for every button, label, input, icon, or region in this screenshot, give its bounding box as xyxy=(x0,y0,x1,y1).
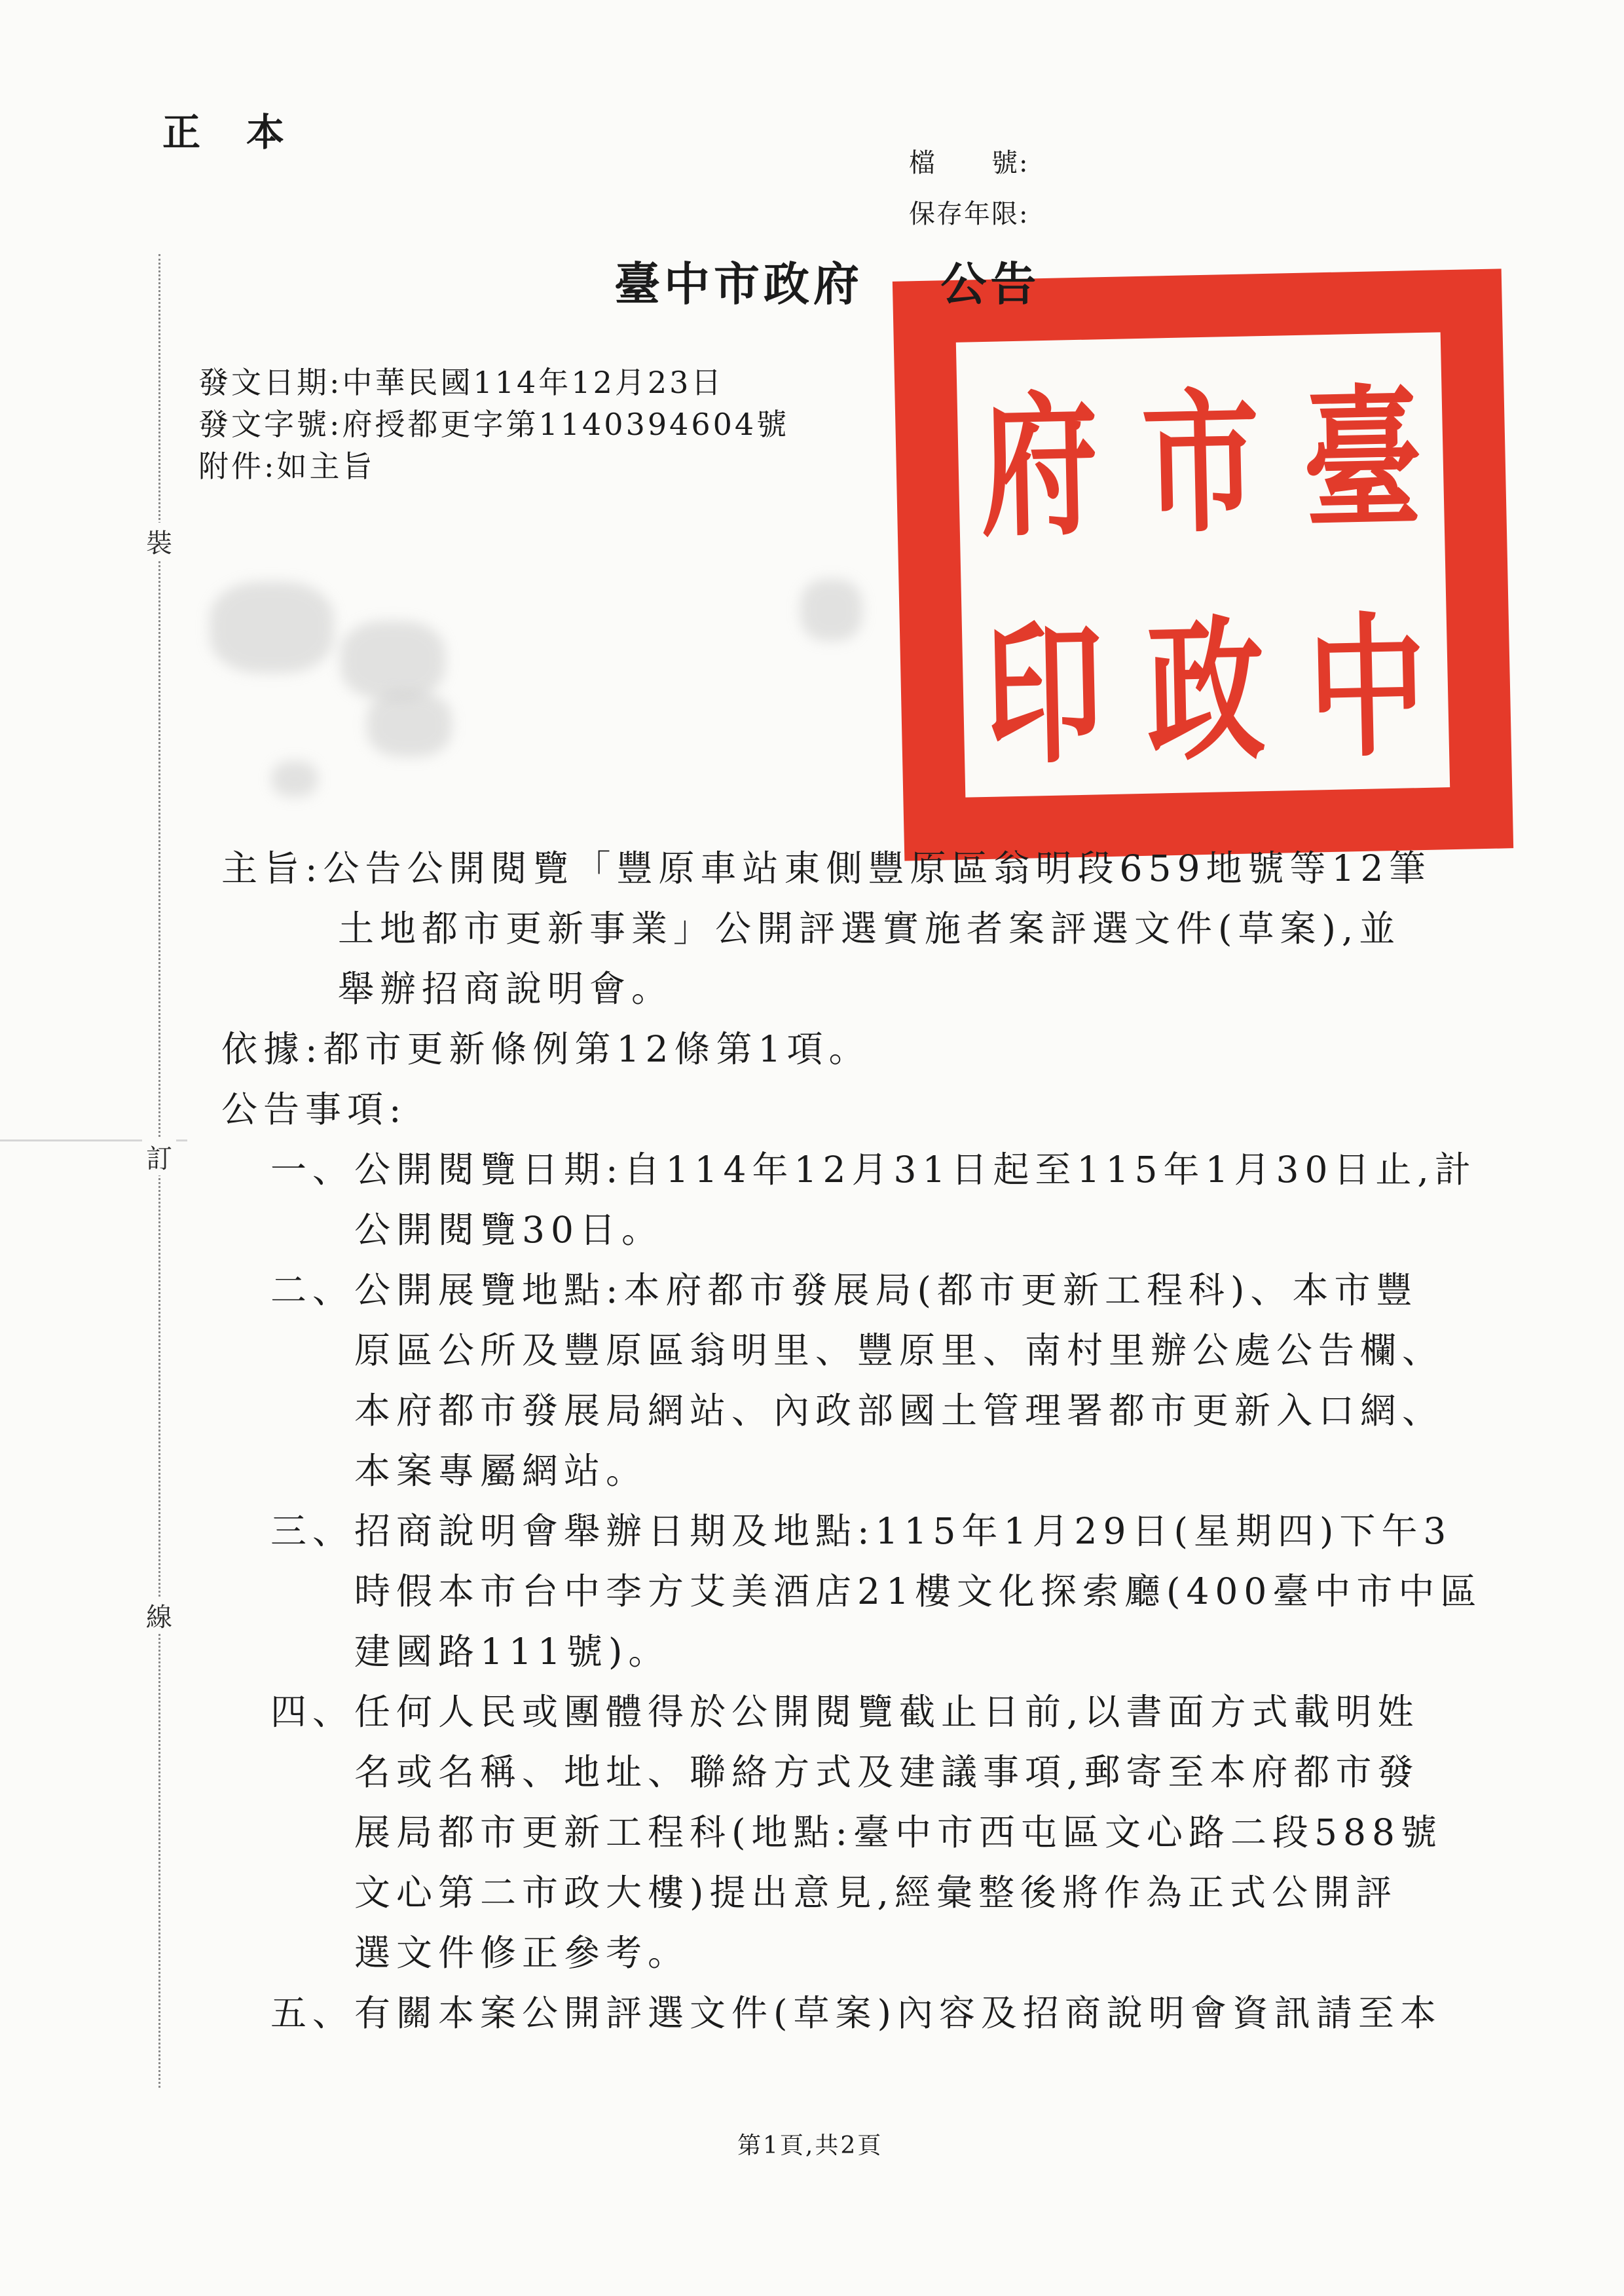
bleed-through-smudge xyxy=(341,621,445,699)
doc-type-label: 公告 xyxy=(940,257,1040,311)
issuing-meta-block: 發文日期:中華民國114年12月23日 發文字號:府授都更字第114039460… xyxy=(198,361,789,487)
bleed-through-smudge xyxy=(272,761,318,797)
issuing-org-name: 臺中市政府 xyxy=(614,257,863,311)
page-number: 第1頁,共2頁 xyxy=(737,2127,883,2160)
body-line-item-3: 三、招商說明會舉辦日期及地點:115年1月29日(星期四)下午3 xyxy=(221,1501,1466,1561)
body-line: 原區公所及豐原區翁明里、豐原里、南村里辦公處公告欄、 xyxy=(221,1320,1466,1380)
seal-inner-face: 臺 中 市 政 府 印 xyxy=(956,332,1450,797)
document-page: 裝 訂 線 正 本 檔 號: 保存年限: 臺中市政府 公告 發文日期:中華民國1… xyxy=(0,0,1624,2296)
body-line: 土地都市更新事業」公開評選實施者案評選文件(草案),並 xyxy=(221,898,1466,959)
official-seal-stamp: 臺 中 市 政 府 印 xyxy=(893,268,1513,861)
body-line: 文心第二市政大樓)提出意見,經彙整後將作為正式公開評 xyxy=(221,1862,1466,1923)
file-number-label: 檔 號: xyxy=(909,138,1029,189)
doc-number-line: 發文字號:府授都更字第1140394604號 xyxy=(198,403,789,445)
body-line-item-4: 四、任何人民或團體得於公開閱覽截止日前,以書面方式載明姓 xyxy=(221,1682,1466,1742)
seal-char: 中 xyxy=(1283,526,1450,825)
body-line: 選文件修正參考。 xyxy=(221,1923,1466,1983)
attachment-line: 附件:如主旨 xyxy=(198,445,789,487)
body-line: 本案專屬網站。 xyxy=(221,1441,1466,1501)
body-line: 展局都市更新工程科(地點:臺中市西屯區文心路二段588號 xyxy=(221,1802,1466,1862)
document-title: 臺中市政府 公告 xyxy=(614,248,1040,314)
body-line-basis: 依據:都市更新條例第12條第1項。 xyxy=(221,1019,1466,1079)
binding-mark-xian: 線 xyxy=(142,1597,176,1634)
body-line-item-2: 二、公開展覽地點:本府都市發展局(都市更新工程科)、本市豐 xyxy=(221,1260,1466,1320)
body-line-subject: 主旨:公告公開閱覽「豐原車站東側豐原區翁明段659地號等12筆 xyxy=(221,838,1466,898)
binding-mark-zhuang: 裝 xyxy=(142,523,176,560)
body-line-item-5: 五、有關本案公開評選文件(草案)內容及招商說明會資訊請至本 xyxy=(221,1983,1466,2043)
body-line-items-header: 公告事項: xyxy=(221,1079,1466,1139)
bleed-through-smudge xyxy=(210,582,334,673)
bleed-through-smudge xyxy=(367,692,452,757)
body-line: 名或名稱、地址、聯絡方式及建議事項,郵寄至本府都市發 xyxy=(221,1742,1466,1802)
body-line-item-1: 一、公開閱覽日期:自114年12月31日起至115年1月30日止,計 xyxy=(221,1139,1466,1200)
retention-period-label: 保存年限: xyxy=(909,189,1029,240)
body-line: 本府都市發展局網站、內政部國土管理署都市更新入口網、 xyxy=(221,1380,1466,1441)
body-line: 舉辦招商說明會。 xyxy=(221,959,1466,1019)
issue-date-line: 發文日期:中華民國114年12月23日 xyxy=(198,361,789,403)
body-line: 建國路111號)。 xyxy=(221,1621,1466,1682)
binding-mark-ding: 訂 xyxy=(142,1138,176,1176)
announcement-body: 主旨:公告公開閱覽「豐原車站東側豐原區翁明段659地號等12筆 土地都市更新事業… xyxy=(221,838,1466,2043)
archive-labels: 檔 號: 保存年限: xyxy=(909,138,1029,240)
seal-char: 政 xyxy=(1122,529,1289,828)
body-line: 公開閱覽30日。 xyxy=(221,1200,1466,1260)
body-line: 時假本市台中李方艾美酒店21樓文化探索廳(400臺中市中區 xyxy=(221,1561,1466,1621)
bleed-through-smudge xyxy=(800,579,862,641)
seal-char: 印 xyxy=(960,532,1128,832)
copy-type-label: 正 本 xyxy=(162,102,288,157)
